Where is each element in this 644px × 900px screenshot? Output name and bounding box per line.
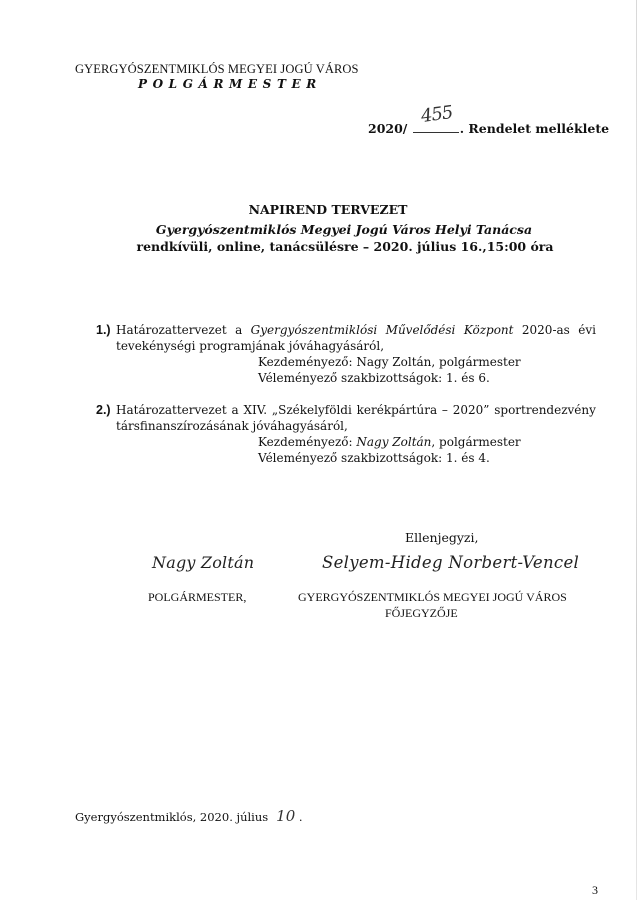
item-number: 1.)	[96, 322, 111, 338]
initiator-label: Kezdeményező:	[258, 355, 353, 369]
place-date: Gyergyószentmiklós, 2020. július10 .	[75, 807, 303, 825]
word: Határozattervezet	[116, 402, 227, 418]
handwritten-day: 10	[276, 807, 295, 825]
item-line1: HatározattervezetaXIV.„Székelyföldikerék…	[116, 402, 596, 418]
decree-number-blank: 455	[413, 120, 459, 133]
notary-signature: Selyem-Hideg Norbert-Vencel	[322, 553, 579, 572]
word: Művelődési	[386, 322, 456, 338]
item-reviewers: Véleményező szakbizottságok: 1. és 6.	[258, 370, 490, 386]
item-initiator: Kezdeményező: Nagy Zoltán, polgármester	[258, 434, 521, 450]
agenda-title: NAPIREND TERVEZET	[0, 202, 644, 217]
initiator-name: Nagy Zoltán	[356, 435, 431, 449]
initiator-role: , polgármester	[431, 355, 520, 369]
initiator-name: Nagy Zoltán	[356, 355, 431, 369]
place-date-text: Gyergyószentmiklós, 2020. július	[75, 810, 268, 824]
initiator-label: Kezdeményező:	[258, 435, 353, 449]
notary-role-line2: FŐJEGYZŐJE	[385, 606, 458, 621]
word: –	[442, 402, 448, 418]
page-number: 3	[592, 883, 598, 898]
decree-suffix: . Rendelet melléklete	[460, 121, 609, 136]
initiator-role: , polgármester	[431, 435, 520, 449]
decree-reference: 2020/ 455. Rendelet melléklete	[368, 120, 609, 136]
countersign-label: Ellenjegyzi,	[405, 530, 478, 545]
word: a	[231, 402, 238, 418]
word: Gyergyószentmiklósi	[251, 322, 378, 338]
place-date-trailing: .	[295, 810, 302, 824]
mayor-signature: Nagy Zoltán	[152, 553, 254, 572]
word: kerékpártúra	[357, 402, 438, 418]
header-organization: GYERGYÓSZENTMIKLÓS MEGYEI JOGÚ VÁROS	[75, 62, 359, 77]
word: 2020-as	[522, 322, 570, 338]
item-line2: társfinanszírozásának jóváhagyásáról,	[116, 418, 348, 434]
word: évi	[578, 322, 596, 338]
decree-year: 2020/	[368, 121, 407, 136]
word: „Székelyföldi	[272, 402, 352, 418]
item-line1: HatározattervezetaGyergyószentmiklósiMűv…	[116, 322, 596, 338]
item-reviewers: Véleményező szakbizottságok: 1. és 4.	[258, 450, 490, 466]
word: sportrendezvény	[494, 402, 596, 418]
word: Határozattervezet	[116, 322, 227, 338]
header-role: POLGÁRMESTER	[138, 77, 322, 91]
agenda-council: Gyergyószentmiklós Megyei Jogú Város Hel…	[0, 222, 644, 237]
word: 2020”	[453, 402, 490, 418]
word: a	[235, 322, 242, 338]
word: XIV.	[243, 402, 267, 418]
mayor-role: POLGÁRMESTER,	[148, 590, 246, 605]
item-number: 2.)	[96, 402, 111, 418]
notary-role-line1: GYERGYÓSZENTMIKLÓS MEGYEI JOGÚ VÁROS	[298, 590, 567, 605]
item-line2: tevekénységi programjának jóváhagyásáról…	[116, 338, 384, 354]
agenda-session: rendkívüli, online, tanácsülésre – 2020.…	[0, 239, 644, 254]
word: Központ	[464, 322, 514, 338]
decree-handwritten-number: 455	[419, 102, 453, 127]
scan-edge-line	[636, 0, 637, 900]
item-initiator: Kezdeményező: Nagy Zoltán, polgármester	[258, 354, 521, 370]
